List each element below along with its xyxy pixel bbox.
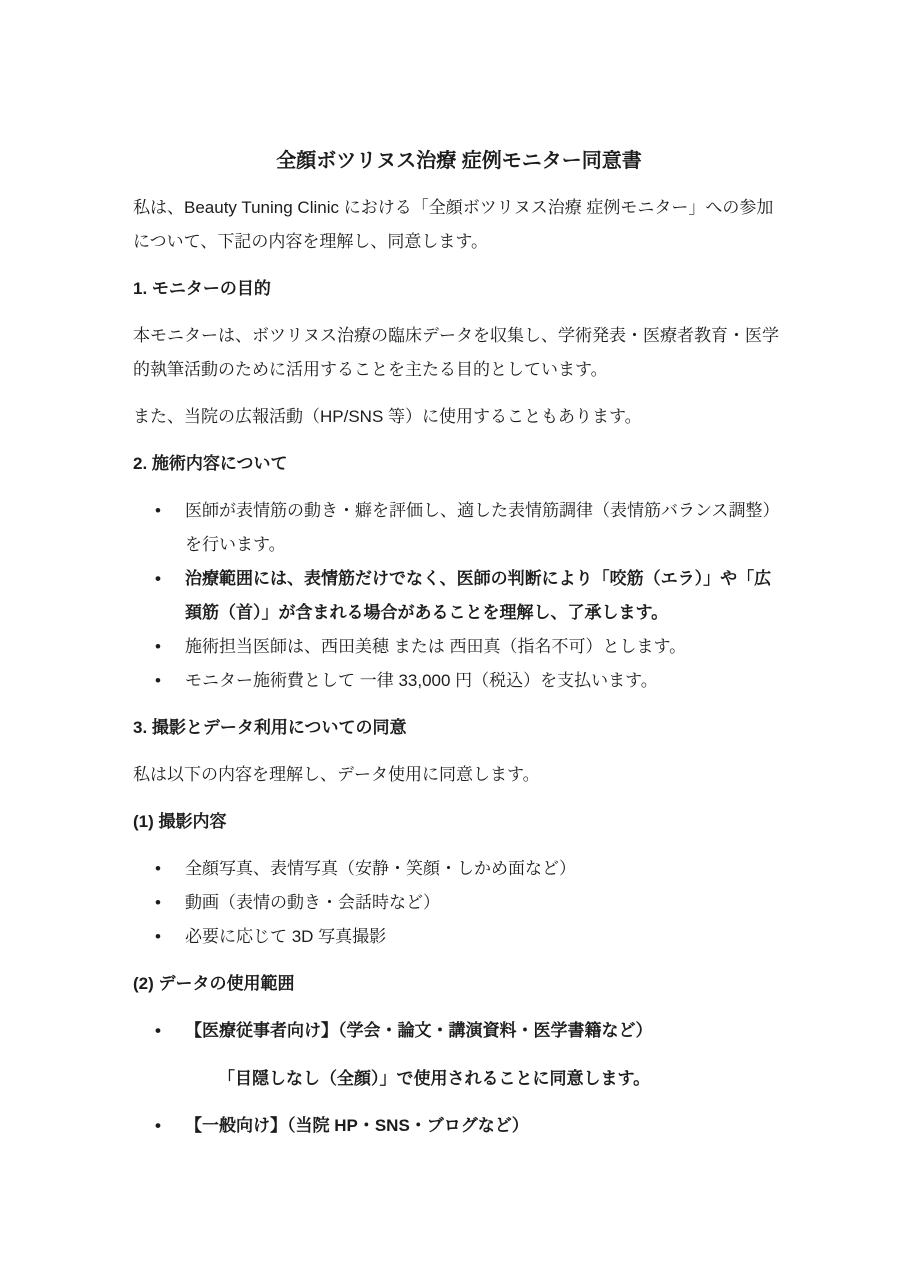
list-item: 施術担当医師は、西田美穂 または 西田真（指名不可）とします。 [155,630,785,664]
list-item: 医師が表情筋の動き・癖を評価し、適した表情筋調律（表情筋バランス調整）を行います… [155,494,785,562]
list-item: モニター施術費として 一律 33,000 円（税込）を支払います。 [155,664,785,698]
list-item: 治療範囲には、表情筋だけでなく、医師の判断により「咬筋（エラ）」や「広頚筋（首）… [155,562,785,630]
list-item: 全顔写真、表情写真（安静・笑顔・しかめ面など） [155,852,785,886]
document-title: 全顔ボツリヌス治療 症例モニター同意書 [133,145,785,178]
document-page: 全顔ボツリヌス治療 症例モニター同意書 私は、Beauty Tuning Cli… [0,0,905,1280]
medical-consent-note: 「目隠しなし（全顔）」で使用されることに同意します。 [218,1062,785,1096]
section3-heading: 3. 撮影とデータ利用についての同意 [133,711,785,745]
list-item: 【一般向け】（当院 HP・SNS・ブログなど） [155,1109,785,1143]
subsection1-heading: (1) 撮影内容 [133,805,785,839]
list-item: 【医療従事者向け】（学会・論文・講演資料・医学書籍など） [155,1014,785,1048]
subsection1-bullet-list: 全顔写真、表情写真（安静・笑顔・しかめ面など） 動画（表情の動き・会話時など） … [133,852,785,954]
section3-paragraph: 私は以下の内容を理解し、データ使用に同意します。 [133,758,785,792]
subsection2-bullet-medical: 【医療従事者向け】（学会・論文・講演資料・医学書籍など） [133,1014,785,1048]
list-item: 必要に応じて 3D 写真撮影 [155,920,785,954]
intro-paragraph: 私は、Beauty Tuning Clinic における「全顔ボツリヌス治療 症… [133,191,785,259]
section1-paragraph-2: また、当院の広報活動（HP/SNS 等）に使用することもあります。 [133,400,785,434]
section2-bullet-list: 医師が表情筋の動き・癖を評価し、適した表情筋調律（表情筋バランス調整）を行います… [133,494,785,698]
subsection2-bullet-general: 【一般向け】（当院 HP・SNS・ブログなど） [133,1109,785,1143]
section2-heading: 2. 施術内容について [133,447,785,481]
subsection2-heading: (2) データの使用範囲 [133,967,785,1001]
list-item: 動画（表情の動き・会話時など） [155,886,785,920]
section1-heading: 1. モニターの目的 [133,272,785,306]
section1-paragraph-1: 本モニターは、ボツリヌス治療の臨床データを収集し、学術発表・医療者教育・医学的執… [133,319,785,387]
